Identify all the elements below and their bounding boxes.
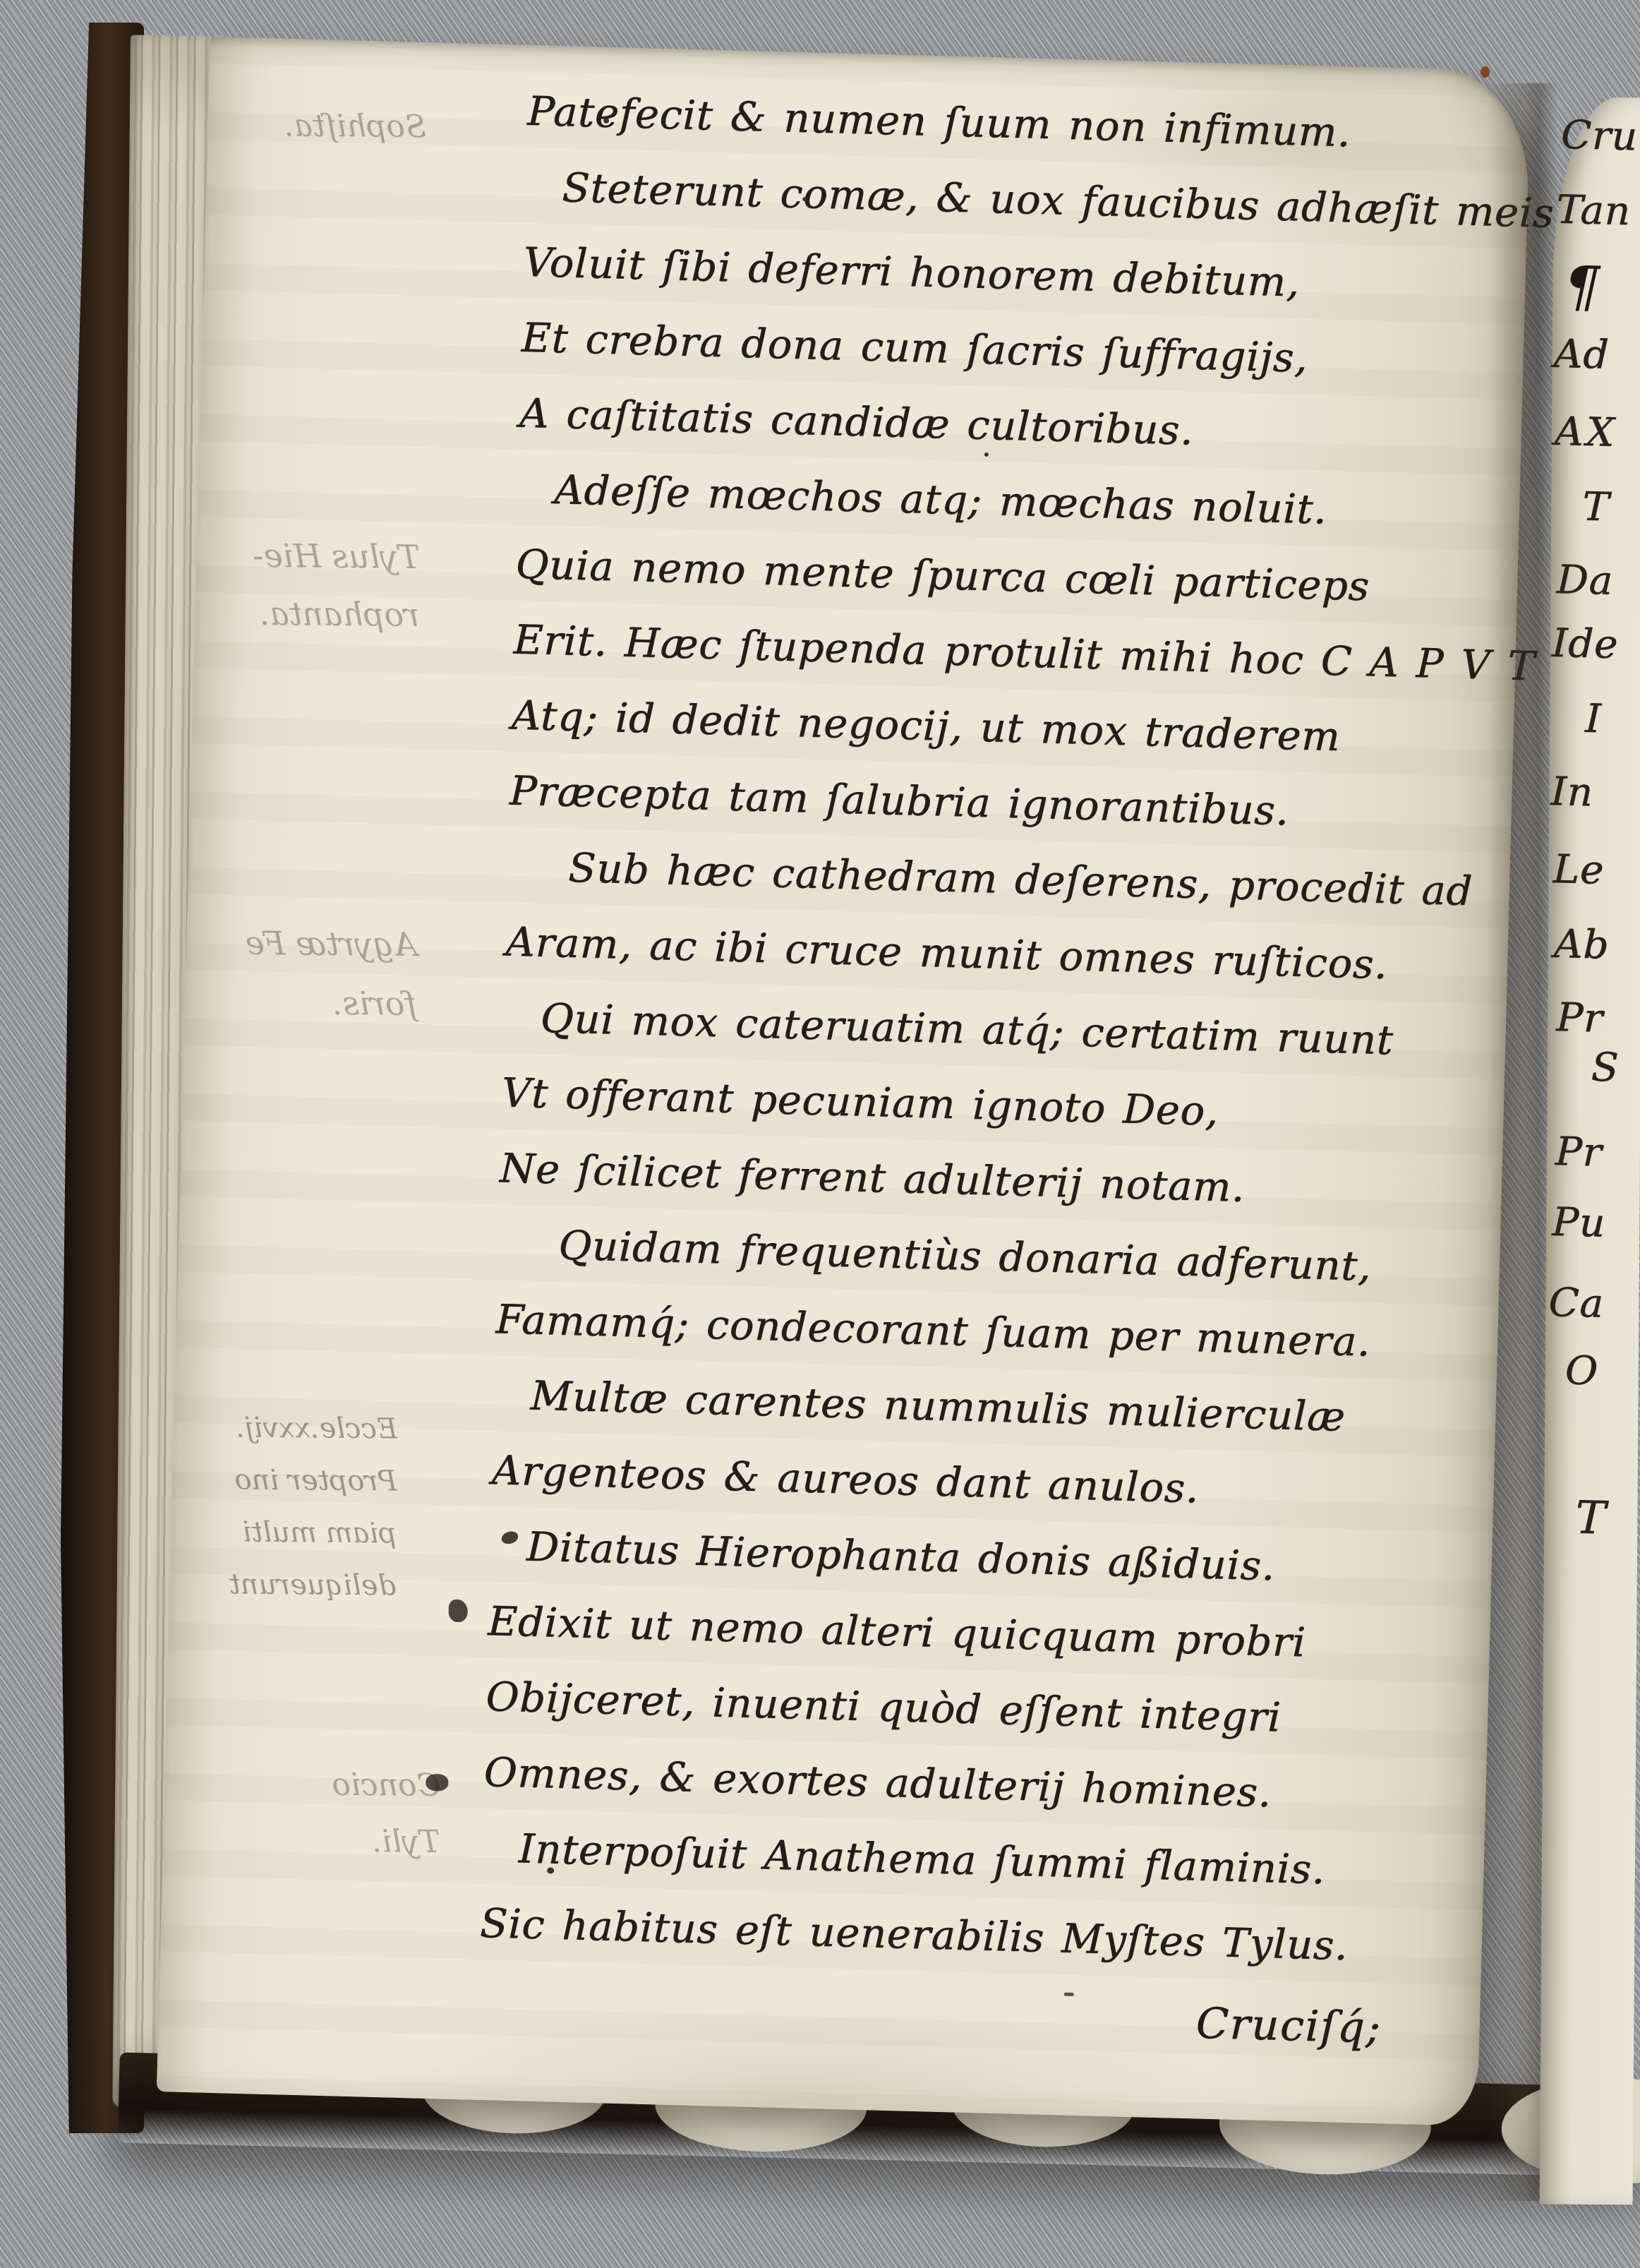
next-page-text-fragment: Ide [1551, 620, 1619, 668]
next-page-text-fragment: ¶ [1563, 255, 1600, 319]
margin-note-offset: Tylus Hie- rophanta. [252, 527, 420, 644]
next-page-text-fragment: AX [1554, 409, 1617, 456]
margin-note-line: Sophiſta. [284, 108, 427, 145]
margin-note-line: Propter ino [230, 1454, 397, 1508]
margin-note-line: Tylus Hie- [253, 527, 421, 586]
next-page-text-fragment: Ab [1553, 921, 1610, 968]
next-page-text-fragment: Pr [1555, 1129, 1603, 1176]
margin-note-offset: Sophiſta. [284, 108, 427, 145]
next-page-text-fragment: Da [1556, 557, 1614, 604]
margin-note-offset: Concio Tyli. [331, 1757, 440, 1871]
ink-speck [448, 1600, 468, 1623]
next-page-text-fragment: Ad [1553, 331, 1610, 378]
next-page-text-fragment: Tan [1556, 187, 1632, 235]
next-page-text-fragment: S [1591, 1045, 1620, 1091]
next-page-text-fragment: T [1574, 1492, 1606, 1544]
next-page-text-fragment: T [1582, 484, 1610, 531]
next-page-edge: Cru Tan ¶ Ad AX T Da Ide I In Le Ab Pr S… [1540, 97, 1640, 2205]
ink-speck [426, 1774, 449, 1792]
margin-note-offset: Agyrtæ Fe foris. [245, 913, 418, 1033]
ink-speck [1064, 1993, 1074, 1996]
poem-text-block: Patefecit & numen ſuum non infimum. Stet… [479, 76, 1587, 1991]
next-page-text-fragment: In [1550, 769, 1594, 815]
margin-note-line: deliquerunt [229, 1558, 396, 1612]
margin-note-line: Eccle.xxvij. [230, 1402, 397, 1456]
margin-note-offset: Eccle.xxvij. Propter ino piam multi deli… [229, 1402, 397, 1612]
next-page-text-fragment: I [1584, 696, 1602, 743]
ink-speck [802, 197, 807, 201]
book-page: Patefecit & numen ſuum non infimum. Stet… [157, 37, 1531, 2126]
next-page-text-fragment: Cru [1560, 112, 1638, 160]
margin-note-line: piam multi [229, 1506, 397, 1559]
next-page-text-fragment: Pr [1556, 995, 1604, 1042]
margin-note-line: Agyrtæ Fe [245, 913, 417, 974]
margin-note-line: Tyli. [331, 1813, 440, 1871]
next-page-text-fragment: Pu [1552, 1199, 1606, 1247]
rust-speck [1481, 66, 1490, 78]
catchword: Cruciſq́; [1195, 1999, 1382, 2053]
margin-note-line: foris. [245, 973, 417, 1033]
margin-note-line: rophanta. [252, 584, 420, 644]
next-page-text-fragment: Ca [1548, 1280, 1605, 1327]
next-page-text-fragment: O [1564, 1348, 1598, 1394]
margin-note-line: Concio [332, 1757, 440, 1814]
next-page-text-fragment: Le [1552, 846, 1605, 894]
book-photo-scene: Patefecit & numen ſuum non infimum. Stet… [0, 0, 1640, 2268]
